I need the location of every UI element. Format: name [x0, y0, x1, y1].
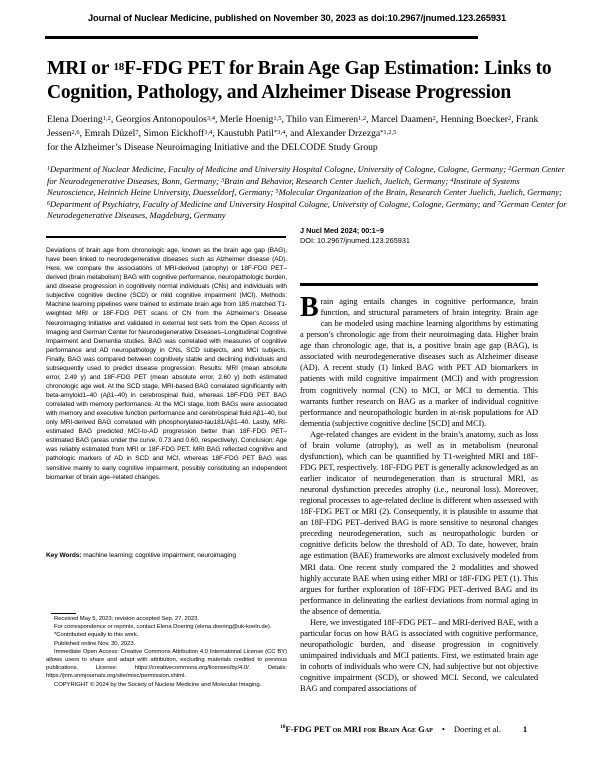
group-line: for the Alzheimer’s Disease Neuroimaging… — [47, 141, 567, 155]
journal-citation: J Nucl Med 2024; 00:1–9 — [300, 226, 540, 236]
author-affiliation-sup: 1,2 — [103, 115, 111, 122]
abstract: Deviations of brain age from chronologic… — [46, 246, 287, 482]
author-name: Henning Boecker — [441, 114, 508, 125]
header-rule — [45, 36, 478, 39]
body-rule — [300, 283, 538, 286]
footnote-correspondence: For correspondence or reprints, contact … — [46, 623, 287, 631]
footnote-received: Received May 5, 2023; revision accepted … — [46, 615, 287, 623]
drop-cap: B — [300, 297, 319, 319]
affiliation-text: Department of Psychiatry, Faculty of Med… — [50, 199, 498, 209]
title-isotope-sup: 18 — [113, 61, 124, 73]
footnote-equal-contribution: *Contributed equally to this work. — [46, 631, 287, 639]
page-number: 1 — [523, 724, 527, 734]
page-footer: 18F-FDG PET or MRI for Brain Age Gap•Doe… — [280, 724, 560, 734]
author-block: Elena Doering1,2, Georgios Antonopoulos3… — [47, 113, 567, 155]
author-name: Simon Eickhoff — [143, 128, 204, 139]
title-part: MRI or — [47, 58, 113, 79]
body-paragraph: Brain aging entails changes in cognitive… — [300, 296, 538, 429]
body-paragraph: Here, we investigated 18F-FDG PET– and M… — [300, 617, 538, 694]
author-list: Elena Doering1,2, Georgios Antonopoulos3… — [47, 113, 567, 141]
footer-authors: Doering et al. — [454, 724, 501, 734]
author-affiliation-sup: 1,2 — [358, 115, 366, 122]
affiliation-text: Department of Nuclear Medicine, Faculty … — [50, 164, 508, 174]
author-affiliation-sup: 3,4 — [204, 129, 212, 136]
author-affiliation-sup: 7 — [135, 129, 138, 136]
author-affiliation-sup: 2,6 — [72, 129, 80, 136]
author-name: Emrah Düzel — [84, 128, 135, 139]
running-title: 18F-FDG PET or MRI for Brain Age Gap — [280, 724, 433, 734]
body-text: Brain aging entails changes in cognitive… — [300, 296, 538, 694]
footnote-copyright: COPYRIGHT © 2024 by the Society of Nucle… — [46, 681, 287, 689]
author-affiliation-sup: 2 — [432, 115, 435, 122]
keywords: Key Words: machine learning; cognitive i… — [46, 552, 287, 559]
author-name: Marcel Daamen — [371, 114, 433, 125]
publication-header: Journal of Nuclear Medicine, published o… — [0, 13, 594, 23]
author-affiliation-sup: 1,5 — [273, 115, 281, 122]
author-name: Elena Doering — [47, 114, 103, 125]
abstract-rule — [46, 236, 286, 238]
author-name: Georgios Antonopoulos — [116, 114, 207, 125]
bullet-separator: • — [442, 724, 445, 734]
paragraph-text: rain aging entails changes in cognitive … — [300, 296, 538, 428]
footnote-license: Immediate Open Access: Creative Commons … — [46, 648, 287, 681]
footnote-rule — [51, 613, 76, 614]
affiliation-text: Molecular Organization of the Brain, Res… — [279, 187, 562, 197]
keywords-label: Key Words: — [46, 552, 81, 559]
author-name: Alexander Drzezga — [306, 128, 380, 139]
body-paragraph: Age-related changes are evident in the b… — [300, 429, 538, 617]
article-title: MRI or 18F-FDG PET for Brain Age Gap Est… — [47, 57, 567, 105]
author-name: Merle Hoenig — [220, 114, 274, 125]
keywords-list: machine learning; cognitive impairment; … — [83, 552, 236, 559]
author-affiliation-sup: 2 — [508, 115, 511, 122]
doi-link[interactable]: DOI: 10.2967/jnumed.123.265931 — [300, 236, 540, 246]
footnote-published: Published online Nov. 30, 2023. — [46, 640, 287, 648]
author-affiliation-sup: 3,4 — [207, 115, 215, 122]
author-affiliation-sup: *3,4 — [274, 129, 285, 136]
running-title-text: F-FDG PET or MRI for Brain Age Gap — [286, 724, 433, 734]
author-name: Thilo van Eimeren — [286, 114, 358, 125]
citation-block: J Nucl Med 2024; 00:1–9 DOI: 10.2967/jnu… — [300, 226, 540, 246]
affiliation-text: Brain and Behavior, Research Center Juel… — [224, 176, 450, 186]
author-affiliation-sup: *1,2,5 — [380, 129, 396, 136]
footnotes: Received May 5, 2023; revision accepted … — [46, 615, 287, 689]
affiliations: 1Department of Nuclear Medicine, Faculty… — [47, 164, 567, 222]
author-name: Kaustubh Patil — [217, 128, 274, 139]
